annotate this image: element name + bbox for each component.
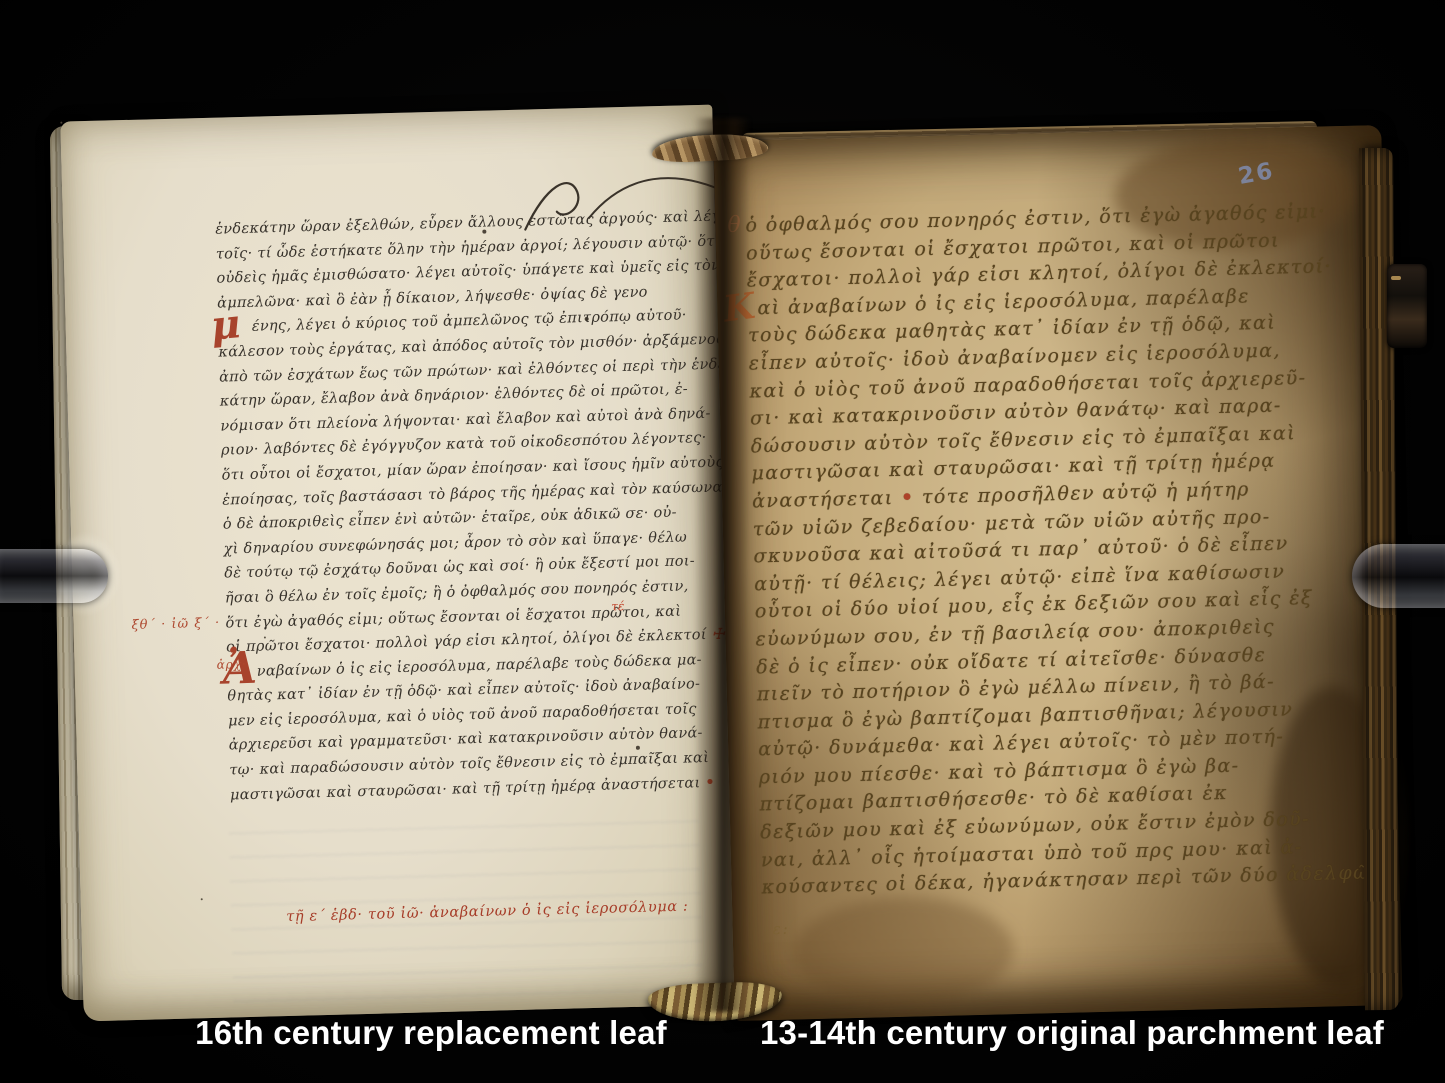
quire-signature: ε:	[772, 920, 790, 938]
glass-rod-weight-left	[0, 549, 108, 603]
red-margin-lection-note: ξθ´ · ἰῶ ξ´ ·	[131, 616, 220, 633]
manuscript-photo-stage: ἑνδεκάτην ὥραν ἐξελθών, εὗρεν ἄλλους ἑστ…	[0, 0, 1445, 1083]
gutter-shadow	[694, 118, 750, 1012]
caption-right-leaf: 13-14th century original parchment leaf	[742, 1014, 1402, 1052]
red-margin-arche-mark: ἀρχ·	[216, 657, 247, 672]
left-manuscript-page: ἑνδεκάτην ὥραν ἐξελθών, εὗρεν ἄλλους ἑστ…	[60, 105, 735, 1022]
red-telos-mark: τέ	[611, 601, 624, 612]
red-section-mark: •	[901, 486, 915, 508]
right-manuscript-page: 26 θ ὁ ὀφθαλμός σου πονηρός ἐστιν, ὅτι ἐ…	[713, 125, 1402, 1021]
left-page-text-block: ἑνδεκάτην ὥραν ἐξελθών, εὗρεν ἄλλους ἑστ…	[215, 205, 700, 807]
binding-clasp	[1387, 264, 1427, 348]
right-page-text-block: ὁ ὀφθαλμός σου πονηρός ἐστιν, ὅτι ἐγὼ ἀγ…	[745, 198, 1352, 902]
clasp-glint	[1391, 276, 1401, 280]
paper-specks	[60, 122, 62, 124]
glass-rod-weight-right	[1352, 544, 1445, 608]
red-initial-mu: μ	[209, 300, 243, 350]
caption-left-leaf: 16th century replacement leaf	[131, 1014, 731, 1052]
parchment-stain	[792, 894, 1015, 1009]
